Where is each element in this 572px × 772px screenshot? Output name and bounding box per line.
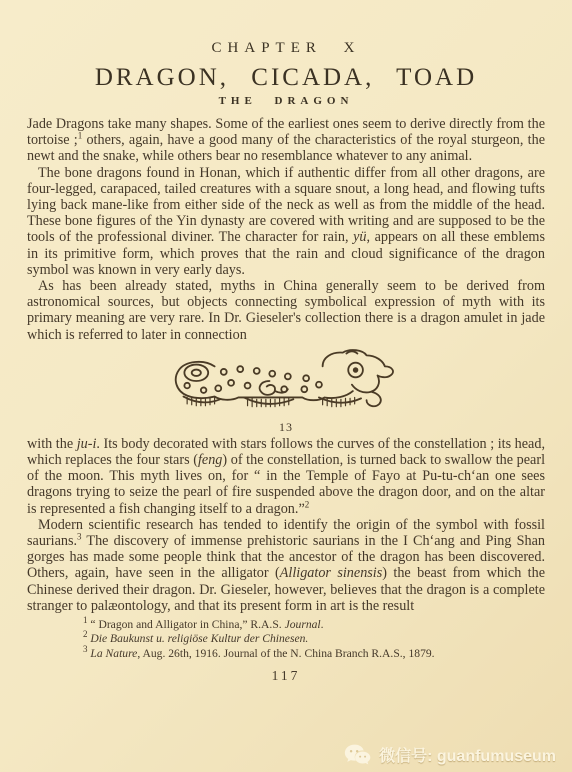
scanned-book-page: CHAPTER X DRAGON, CICADA, TOAD THE DRAGO… — [0, 0, 572, 772]
paragraph: with the ju-i. Its body decorated with s… — [27, 436, 545, 517]
paragraph: Jade Dragons take many shapes. Some of t… — [27, 116, 545, 165]
paragraph: As has been already stated, myths in Chi… — [27, 278, 545, 343]
dragon-amulet-figure: 13 — [27, 348, 545, 435]
text-after-figure: with the ju-i. Its body decorated with s… — [27, 436, 545, 614]
paragraph: Modern scientific research has tended to… — [27, 517, 545, 614]
dragon-amulet-illustration — [167, 348, 405, 414]
footnote: 1 “ Dragon and Alligator in China,” R.A.… — [83, 618, 545, 632]
footnotes: 1 “ Dragon and Alligator in China,” R.A.… — [27, 618, 545, 661]
paragraph: The bone dragons found in Honan, which i… — [27, 165, 545, 278]
watermark: 微信号: guanfumuseum — [344, 743, 556, 766]
section-subtitle: THE DRAGON — [27, 95, 545, 107]
chapter-title: DRAGON, CICADA, TOAD — [27, 64, 545, 92]
page-number: 117 — [27, 668, 545, 684]
watermark-text: 微信号: guanfumuseum — [379, 743, 556, 766]
chapter-heading: CHAPTER X — [27, 40, 545, 57]
footnote: 3 La Nature, Aug. 26th, 1916. Journal of… — [83, 647, 545, 661]
text-before-figure: Jade Dragons take many shapes. Some of t… — [27, 116, 545, 343]
figure-caption: 13 — [27, 420, 545, 435]
footnote: 2 Die Baukunst u. religiöse Kultur der C… — [83, 632, 545, 646]
wechat-icon — [344, 743, 372, 766]
